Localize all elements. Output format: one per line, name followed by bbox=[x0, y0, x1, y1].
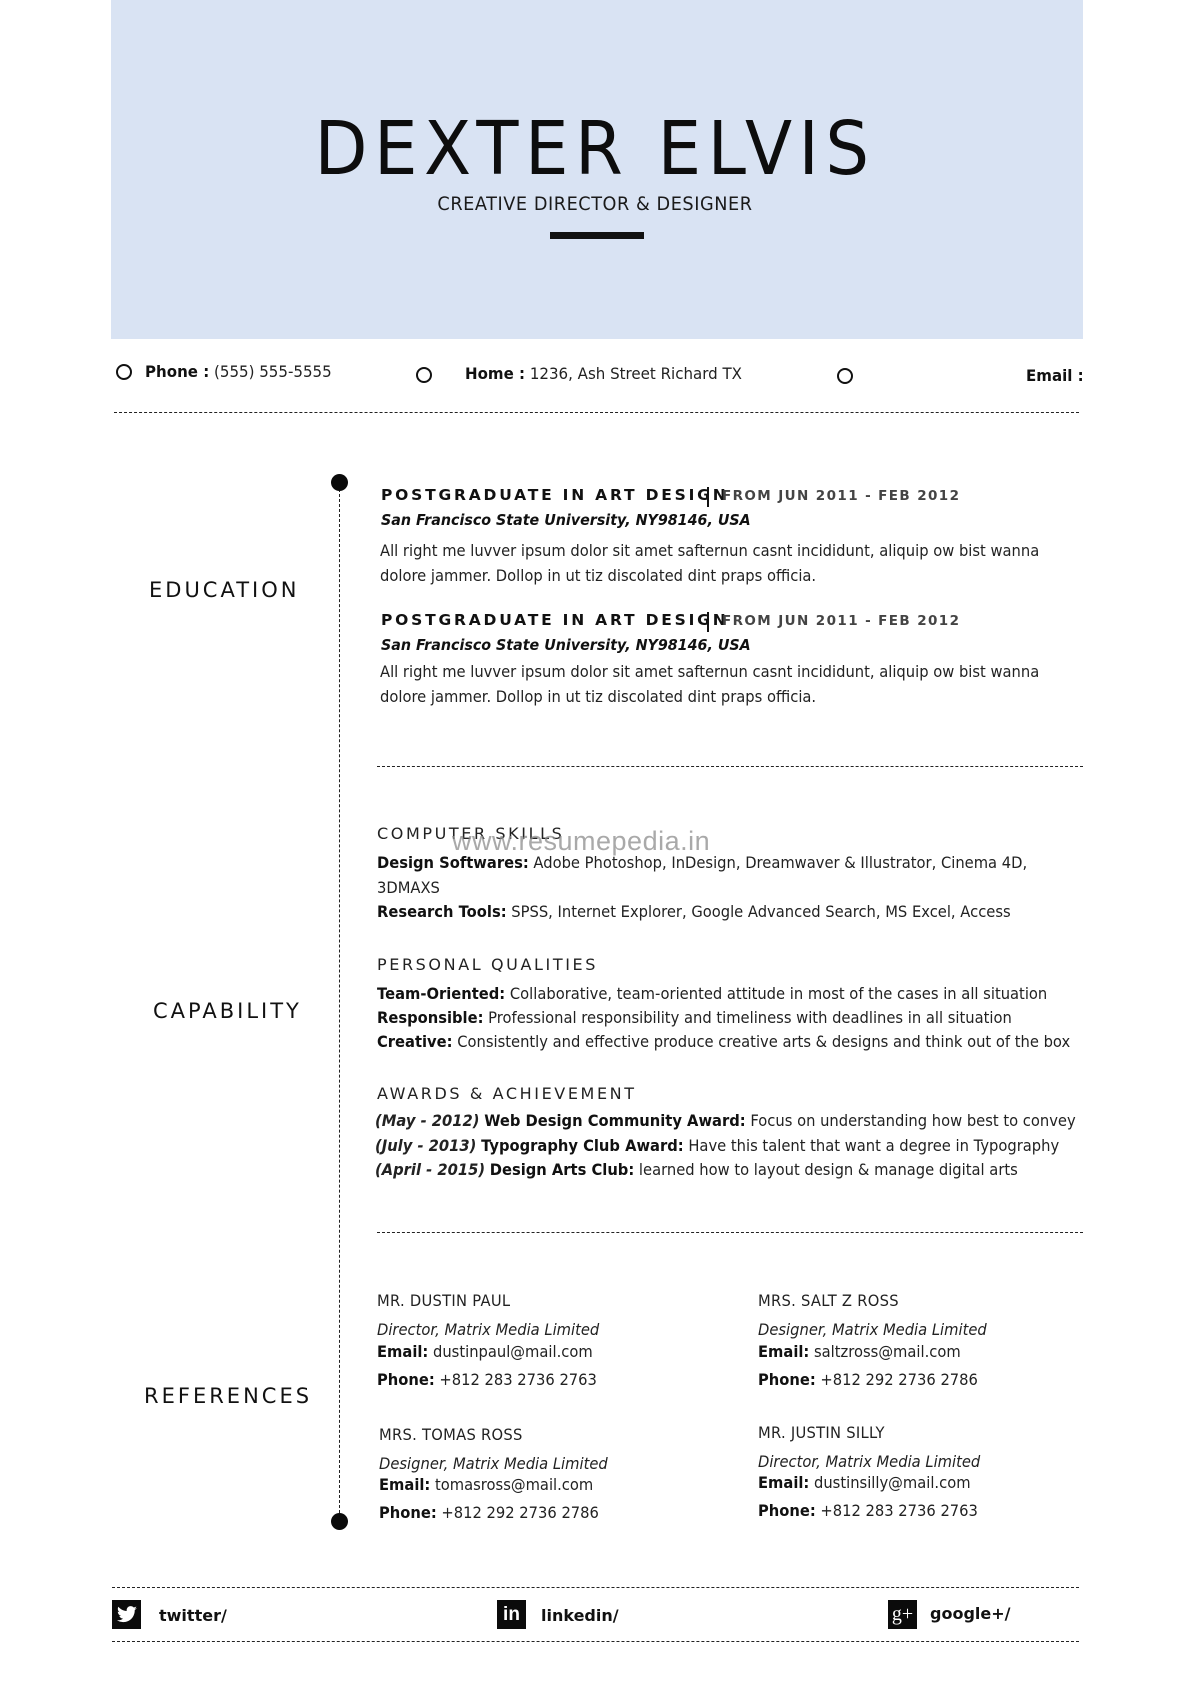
timeline-end-dot bbox=[331, 1513, 348, 1530]
edu-dates: FROM JUN 2011 - FEB 2012 bbox=[722, 613, 960, 629]
contact-home: Home : 1236, Ash Street Richard TX bbox=[465, 364, 742, 383]
contact-email-label: Email : bbox=[1026, 366, 1084, 385]
contact-home-label: Home : bbox=[465, 364, 525, 383]
skill-line: Research Tools: SPSS, Internet Explorer,… bbox=[377, 902, 1011, 921]
timeline-start-dot bbox=[331, 474, 348, 491]
email-value[interactable]: tomasross@mail.com bbox=[435, 1475, 593, 1494]
quality-value: Consistently and effective produce creat… bbox=[457, 1032, 1070, 1051]
skill-value: Adobe Photoshop, InDesign, Dreamwaver & … bbox=[533, 853, 1027, 872]
edu-desc-line: dolore jammer. Dollop in ut tiz discolat… bbox=[380, 684, 1024, 709]
candidate-name: DEXTER ELVIS bbox=[42, 106, 1149, 192]
contact-phone-value[interactable]: (555) 555-5555 bbox=[214, 362, 332, 381]
reference-name: MR. JUSTIN SILLY bbox=[758, 1423, 885, 1442]
reference-email: Email: tomasross@mail.com bbox=[379, 1475, 593, 1494]
edu-separator bbox=[707, 487, 709, 507]
phone-value: +812 292 2736 2786 bbox=[820, 1370, 977, 1389]
footer-top-divider bbox=[112, 1587, 1079, 1588]
contact-phone: Phone : (555) 555-5555 bbox=[145, 362, 332, 381]
reference-name: MR. DUSTIN PAUL bbox=[377, 1291, 510, 1310]
reference-phone: Phone: +812 283 2736 2763 bbox=[377, 1370, 597, 1389]
quality-line: Team-Oriented: Collaborative, team-orien… bbox=[377, 984, 1047, 1003]
edu-degree: POSTGRADUATE IN ART DESIGN bbox=[381, 611, 728, 629]
google-plus-glyph: g+ bbox=[892, 1603, 913, 1626]
capability-divider bbox=[377, 1232, 1083, 1233]
quality-label: Responsible: bbox=[377, 1008, 483, 1027]
contact-home-value: 1236, Ash Street Richard TX bbox=[530, 364, 742, 383]
linkedin-glyph: in bbox=[503, 1604, 520, 1626]
edu-school: San Francisco State University, NY98146,… bbox=[381, 636, 751, 654]
twitter-link[interactable]: twitter/ bbox=[159, 1606, 227, 1625]
reference-email: Email: dustinpaul@mail.com bbox=[377, 1342, 593, 1361]
email-value[interactable]: dustinpaul@mail.com bbox=[433, 1342, 593, 1361]
section-label-education: EDUCATION bbox=[149, 578, 299, 602]
email-label: Email: bbox=[379, 1475, 430, 1494]
award-date: (July - 2013) bbox=[375, 1136, 476, 1155]
edu-description: All right me luvver ipsum dolor sit amet… bbox=[380, 659, 1024, 709]
title-underline bbox=[550, 232, 644, 239]
edu-desc-line: dolore jammer. Dollop in ut tiz discolat… bbox=[380, 563, 1024, 588]
reference-phone: Phone: +812 292 2736 2786 bbox=[379, 1503, 599, 1522]
email-label: Email: bbox=[758, 1473, 809, 1492]
skill-line-continued: 3DMAXS bbox=[377, 878, 440, 897]
quality-label: Team-Oriented: bbox=[377, 984, 505, 1003]
edu-desc-line: All right me luvver ipsum dolor sit amet… bbox=[380, 538, 1024, 563]
edu-degree: POSTGRADUATE IN ART DESIGN bbox=[381, 486, 728, 504]
quality-value: Collaborative, team-oriented attitude in… bbox=[510, 984, 1047, 1003]
candidate-title: CREATIVE DIRECTOR & DESIGNER bbox=[42, 193, 1149, 215]
education-divider bbox=[377, 766, 1083, 767]
contact-divider bbox=[114, 412, 1079, 413]
skill-label: Design Softwares: bbox=[377, 853, 529, 872]
award-label: Web Design Community Award: bbox=[484, 1111, 745, 1130]
reference-email: Email: dustinsilly@mail.com bbox=[758, 1473, 971, 1492]
award-line: (May - 2012) Web Design Community Award:… bbox=[375, 1111, 1076, 1130]
reference-email: Email: saltzross@mail.com bbox=[758, 1342, 961, 1361]
phone-value: +812 292 2736 2786 bbox=[441, 1503, 598, 1522]
email-label: Email: bbox=[758, 1342, 809, 1361]
google-plus-link[interactable]: google+/ bbox=[930, 1604, 1010, 1623]
quality-line: Creative: Consistently and effective pro… bbox=[377, 1032, 1070, 1051]
award-label: Typography Club Award: bbox=[481, 1136, 684, 1155]
edu-desc-line: All right me luvver ipsum dolor sit amet… bbox=[380, 659, 1024, 684]
twitter-icon[interactable] bbox=[112, 1600, 141, 1629]
phone-label: Phone: bbox=[758, 1370, 816, 1389]
award-date: (May - 2012) bbox=[375, 1111, 480, 1130]
phone-circle-icon bbox=[116, 364, 132, 380]
reference-phone: Phone: +812 292 2736 2786 bbox=[758, 1370, 978, 1389]
section-label-capability: CAPABILITY bbox=[153, 999, 302, 1023]
award-value: Focus on understanding how best to conve… bbox=[750, 1111, 1075, 1130]
skill-value: SPSS, Internet Explorer, Google Advanced… bbox=[511, 902, 1010, 921]
timeline-line bbox=[339, 484, 340, 1518]
reference-role: Director, Matrix Media Limited bbox=[377, 1320, 599, 1339]
reference-role: Director, Matrix Media Limited bbox=[758, 1452, 980, 1471]
home-circle-icon bbox=[416, 367, 432, 383]
reference-role: Designer, Matrix Media Limited bbox=[758, 1320, 987, 1339]
award-date: (April - 2015) bbox=[375, 1160, 485, 1179]
google-plus-icon[interactable]: g+ bbox=[888, 1600, 917, 1629]
reference-role: Designer, Matrix Media Limited bbox=[379, 1454, 608, 1473]
phone-value: +812 283 2736 2763 bbox=[820, 1501, 977, 1520]
phone-value: +812 283 2736 2763 bbox=[439, 1370, 596, 1389]
edu-dates: FROM JUN 2011 - FEB 2012 bbox=[722, 488, 960, 504]
skill-label: Research Tools: bbox=[377, 902, 507, 921]
phone-label: Phone: bbox=[377, 1370, 435, 1389]
reference-name: MRS. TOMAS ROSS bbox=[379, 1425, 523, 1444]
quality-label: Creative: bbox=[377, 1032, 453, 1051]
email-circle-icon bbox=[837, 368, 853, 384]
reference-name: MRS. SALT Z ROSS bbox=[758, 1291, 899, 1310]
linkedin-icon[interactable]: in bbox=[497, 1600, 526, 1629]
award-value: learned how to layout design & manage di… bbox=[639, 1160, 1018, 1179]
award-line: (April - 2015) Design Arts Club: learned… bbox=[375, 1160, 1018, 1179]
phone-label: Phone: bbox=[758, 1501, 816, 1520]
contact-phone-label: Phone : bbox=[145, 362, 209, 381]
reference-phone: Phone: +812 283 2736 2763 bbox=[758, 1501, 978, 1520]
section-label-references: REFERENCES bbox=[144, 1384, 312, 1408]
award-label: Design Arts Club: bbox=[490, 1160, 634, 1179]
quality-value: Professional responsibility and timeline… bbox=[488, 1008, 1012, 1027]
quality-line: Responsible: Professional responsibility… bbox=[377, 1008, 1012, 1027]
awards-heading: AWARDS & ACHIEVEMENT bbox=[377, 1084, 637, 1103]
email-value[interactable]: saltzross@mail.com bbox=[814, 1342, 961, 1361]
contact-email: Email : bbox=[1026, 366, 1084, 385]
edu-school: San Francisco State University, NY98146,… bbox=[381, 511, 751, 529]
phone-label: Phone: bbox=[379, 1503, 437, 1522]
edu-separator bbox=[707, 612, 709, 632]
award-value: Have this talent that want a degree in T… bbox=[688, 1136, 1059, 1155]
edu-description: All right me luvver ipsum dolor sit amet… bbox=[380, 538, 1024, 588]
linkedin-link[interactable]: linkedin/ bbox=[541, 1606, 619, 1625]
email-label: Email: bbox=[377, 1342, 428, 1361]
skill-line: Design Softwares: Adobe Photoshop, InDes… bbox=[377, 853, 1027, 872]
email-value[interactable]: dustinsilly@mail.com bbox=[814, 1473, 971, 1492]
footer-bottom-divider bbox=[112, 1641, 1079, 1642]
personal-qualities-heading: PERSONAL QUALITIES bbox=[377, 955, 598, 974]
award-line: (July - 2013) Typography Club Award: Hav… bbox=[375, 1136, 1059, 1155]
